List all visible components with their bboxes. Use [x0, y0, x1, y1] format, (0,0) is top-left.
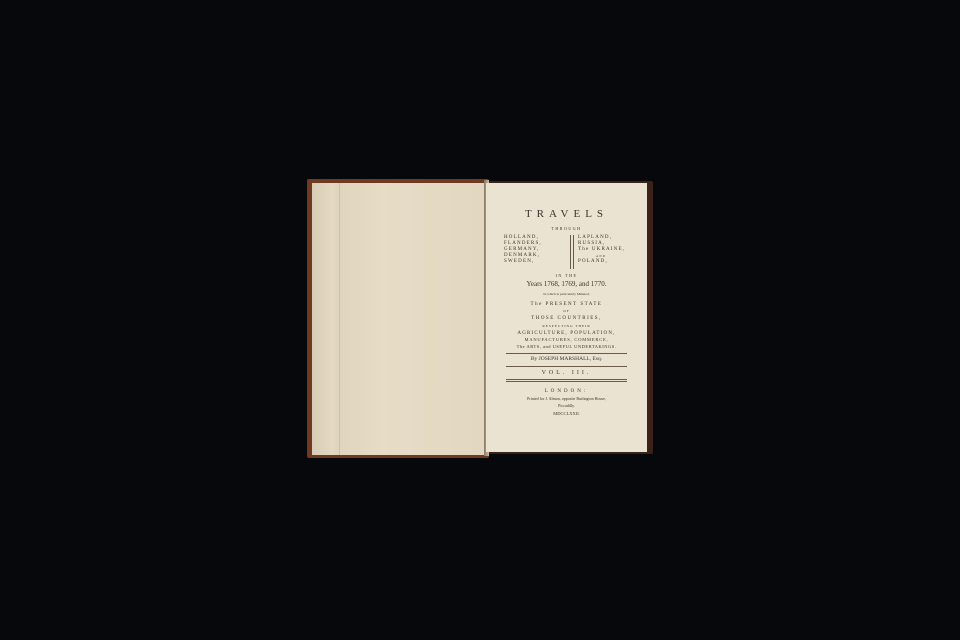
rule-line — [506, 353, 627, 354]
country: SWEDEN, — [504, 259, 542, 265]
respecting-line: RESPECTING THEIR — [486, 325, 647, 329]
rule-line — [506, 379, 627, 380]
divider-rule — [570, 235, 574, 269]
manufactures-line: MANUFACTURES, COMMERCE, — [486, 338, 647, 343]
country: POLAND, — [578, 259, 625, 265]
years-line: Years 1768, 1769, and 1770. — [486, 281, 647, 288]
agriculture-line: AGRICULTURE, POPULATION, — [486, 331, 647, 336]
city-line: LONDON: — [486, 389, 647, 394]
publication-date: MDCCLXXII. — [486, 412, 647, 417]
volume-line: VOL. III. — [486, 370, 647, 376]
rule-line — [506, 366, 627, 367]
rule-line — [506, 381, 627, 382]
countries-block: HOLLAND, FLANDERS, GERMANY, DENMARK, SWE… — [504, 235, 634, 271]
those-countries-line: THOSE COUNTRIES, — [486, 316, 647, 321]
author-line: By JOSEPH MARSHALL, Esq. — [486, 357, 647, 363]
open-book: TRAVELS THROUGH HOLLAND, FLANDERS, GERMA… — [0, 0, 960, 640]
which-line: In which is particularly Minuted, — [486, 293, 647, 297]
countries-left: HOLLAND, FLANDERS, GERMANY, DENMARK, SWE… — [504, 235, 542, 265]
countries-right: LAPLAND, RUSSIA, The UKRAINE, AND POLAND… — [578, 235, 625, 265]
endpaper-fold-line — [339, 183, 340, 455]
in-the-label: IN THE — [486, 274, 647, 278]
book-title: TRAVELS — [486, 209, 647, 220]
printer-line: Printed for J. Almon, opposite Burlingto… — [486, 397, 647, 401]
present-state-line: The PRESENT STATE — [486, 302, 647, 307]
of-label: OF — [486, 310, 647, 314]
through-label: THROUGH — [486, 227, 647, 231]
arts-line: The ARTS, and USEFUL UNDERTAKINGS. — [486, 345, 647, 350]
piccadilly-line: Piccadilly. — [486, 404, 647, 408]
title-page: TRAVELS THROUGH HOLLAND, FLANDERS, GERMA… — [486, 183, 647, 452]
